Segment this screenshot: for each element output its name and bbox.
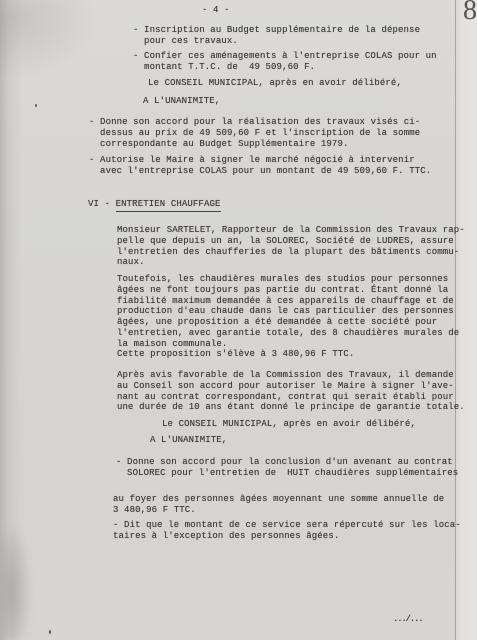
decision-dit-repercute: - Dit que le montant de ce service sera … — [113, 520, 461, 542]
top-left-scan-shading — [0, 0, 100, 80]
council-deliberation-line: Le CONSEIL MUNICIPAL, après en avoir dél… — [148, 78, 402, 89]
page-number: - 4 - — [202, 5, 230, 16]
scanned-document-page: 8 - 4 - - Inscription au Budget suppléme… — [0, 0, 477, 640]
paragraph-avis-commission: Après avis favorable de la Commission de… — [117, 370, 465, 413]
decision-autorise-maire: - Autorise le Maire à signer le marché n… — [89, 155, 431, 177]
section-vi-number: VI - — [88, 199, 116, 209]
ink-speck — [49, 630, 51, 634]
section-vi-heading: VI - ENTRETIEN CHAUFFAGE — [88, 199, 221, 212]
council-deliberation-line-2: Le CONSEIL MUNICIPAL, après en avoir dél… — [162, 419, 416, 430]
decision-avenant-solorec: - Donne son accord pour la conclusion d'… — [116, 457, 458, 479]
unanimity-line-2: A L'UNANIMITE, — [150, 435, 227, 446]
bullet-inscription-budget: - Inscription au Budget supplémentaire d… — [133, 25, 420, 47]
decision-accord-travaux: - Donne son accord pour la réalisation d… — [89, 117, 420, 149]
continuation-mark: .../... — [393, 614, 422, 625]
section-vi-title: ENTRETIEN CHAUFFAGE — [116, 199, 221, 212]
paragraph-montant-proposition: Cette proposition s'élève à 3 480,96 F T… — [117, 349, 354, 360]
bullet-confier-colas: - Confier ces aménagements à l'entrepris… — [133, 51, 437, 73]
sheet-number: 8 — [463, 0, 477, 27]
unanimity-line: A L'UNANIMITE, — [143, 96, 220, 107]
ink-speck — [35, 104, 37, 107]
paragraph-chaudieres-murales: Toutefois, les chaudières murales des st… — [117, 274, 459, 350]
paragraph-rapporteur-sartelet: Monsieur SARTELET, Rapporteur de la Comm… — [117, 225, 465, 268]
paragraph-foyer-personnes-agees: au foyer des personnes âgées moyennant u… — [113, 494, 444, 516]
bottom-left-scan-smudge — [0, 520, 32, 640]
